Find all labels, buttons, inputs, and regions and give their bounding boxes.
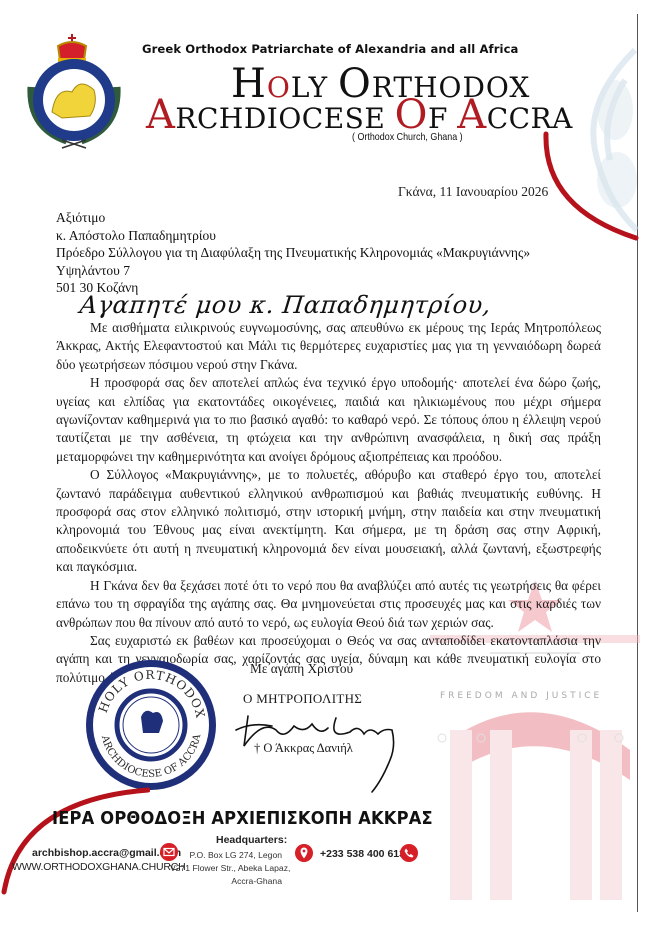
- patriarchate-name: Greek Orthodox Patriarchate of Alexandri…: [142, 42, 518, 56]
- letter-body: Με αισθήματα ειλικρινούς ευγνωμοσύνης, σ…: [56, 319, 601, 687]
- hq-address-line: V271 Flower Str., Abeka Lapaz,: [170, 862, 282, 875]
- body-paragraph: Η Γκάνα δεν θα ξεχάσει ποτέ ότι το νερό …: [56, 577, 601, 632]
- signatory-name: † Ο Άκκρας Δανιήλ: [254, 741, 353, 756]
- body-paragraph: Με αισθήματα ειλικρινούς ευγνωμοσύνης, σ…: [56, 319, 601, 374]
- recipient-address: Αξιότιμο κ. Απόστολο Παπαδημητρίου Πρόεδ…: [56, 209, 530, 297]
- recipient-line: Αξιότιμο: [56, 209, 530, 227]
- body-paragraph: Η προσφορά σας δεν αποτελεί απλώς ένα τε…: [56, 374, 601, 466]
- footer-phone[interactable]: +233 538 400 613: [320, 848, 405, 860]
- hq-address-line: P.O. Box LG 274, Legon: [170, 849, 282, 862]
- subtitle-orthodox-church-ghana: ( Orthodox Church, Ghana ): [352, 131, 463, 143]
- closing-phrase: Με αγάπη Χριστού: [250, 661, 353, 677]
- patriarchate-crest-logo: [22, 32, 126, 150]
- handwritten-salutation: Αγαπητέ μου κ. Παπαδημητρίου,: [79, 291, 493, 319]
- hq-address-line: Accra-Ghana: [170, 875, 282, 888]
- recipient-line: Πρόεδρο Σύλλογου για τη Διαφύλαξη της Πν…: [56, 244, 530, 262]
- decorative-red-arc: [540, 128, 640, 248]
- footer-website[interactable]: WWW.ORTHODOXGHANA.CHURCH: [12, 861, 186, 873]
- letter-date: Γκάνα, 11 Ιανουαρίου 2026: [398, 184, 548, 200]
- map-pin-icon: [295, 844, 313, 862]
- body-paragraph: Ο Σύλλογος «Μακρυγιάννης», με το πολυετέ…: [56, 466, 601, 576]
- hq-address: P.O. Box LG 274, Legon V271 Flower Str.,…: [170, 849, 282, 888]
- footer-archdiocese-name: ΙΕΡΑ ΟΡΘΟΔΟΞΗ ΑΡΧΙΕΠΙΣΚΟΠΗ ΑΚΚΡΑΣ: [52, 809, 433, 829]
- hq-label: Headquarters:: [216, 834, 282, 846]
- footer-email[interactable]: archbishop.accra@gmail.com: [32, 847, 181, 859]
- phone-icon: [400, 844, 418, 862]
- title-letter: A: [146, 92, 175, 138]
- recipient-line: κ. Απόστολο Παπαδημητρίου: [56, 227, 530, 245]
- watermark-motto: FREEDOM AND JUSTICE: [440, 691, 602, 701]
- title-archdiocese-of-accra: ARCHDIOCESE OF ACCRA: [146, 95, 573, 135]
- recipient-line: Υψηλάντου 7: [56, 262, 530, 280]
